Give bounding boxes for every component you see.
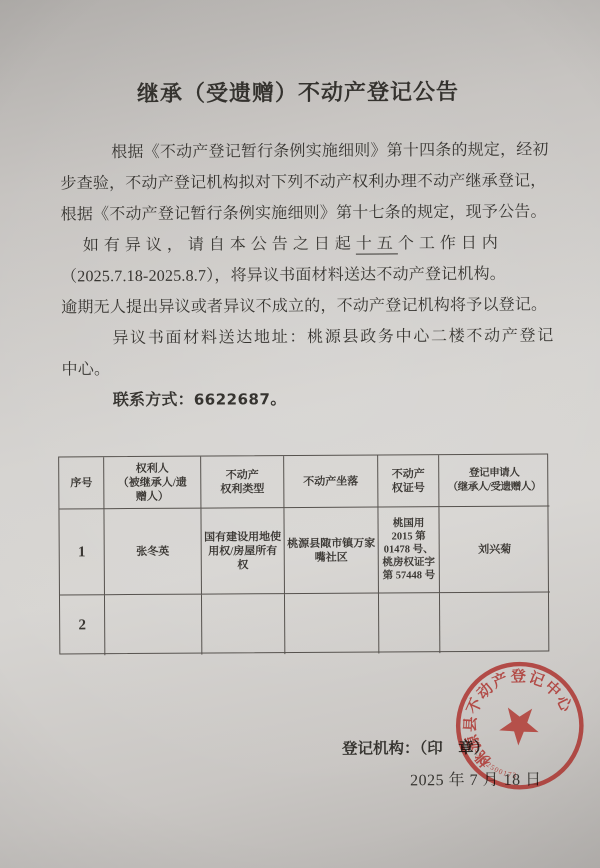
- seal-star-icon: [491, 697, 545, 750]
- body-line-5: （2025.7.18-2025.8.7），将异议书面材料送达不动产登记机构。: [61, 258, 547, 292]
- contact-phone-number: 6622687: [194, 390, 271, 408]
- table-row1-cert-no: 桃国用 2015 第 01478 号、 桃房权证字 第 57448 号: [378, 507, 440, 593]
- body-line-6: 逾期无人提出异议或者异议不成立的，不动产登记机构将予以登记。: [61, 289, 547, 323]
- page-title: 继承（受遗赠）不动产登记公告: [0, 74, 598, 109]
- document-page: 继承（受遗赠）不动产登记公告 根据《不动产登记暂行条例实施细则》第十四条的规定，…: [0, 0, 600, 868]
- table-header-owner: 权利人 （被继承人/遗 赠人）: [104, 457, 201, 510]
- body-line-2: 步查验，不动产登记机构拟对下列不动产权利办理不动产继承登记，: [60, 165, 546, 199]
- table-row2-owner: [105, 595, 202, 656]
- official-seal: 桃源县不动产登记中心 43072500173: [424, 630, 600, 821]
- deadline-text-pre: 如有异议，请自本公告之日起: [83, 236, 356, 255]
- body-line-8: 中心。: [62, 351, 548, 385]
- body-line-7: 异议书面材料送达地址：桃源县政务中心二楼不动产登记: [61, 320, 547, 354]
- table-row2-cert-no: [379, 593, 440, 653]
- contact-label: 联系方式：: [113, 392, 194, 409]
- table-header-seq: 序号: [59, 457, 104, 509]
- official-seal-graphic: 桃源县不动产登记中心 43072500173: [424, 630, 600, 821]
- table-header-cert-no: 不动产 权证号: [378, 455, 439, 507]
- body-line-1: 根据《不动产登记暂行条例实施细则》第十四条的规定，经初: [60, 134, 546, 168]
- table-header-location: 不动产坐落: [284, 456, 378, 509]
- table-row1-seq: 1: [59, 509, 105, 595]
- table-row1-owner: 张冬英: [104, 509, 202, 596]
- deadline-text-post: 个工作日内: [398, 235, 503, 253]
- table-row2-right-type: [202, 594, 285, 655]
- body-line-4: 如有异议，请自本公告之日起十五个工作日内: [61, 227, 547, 261]
- table-header-right-type: 不动产 权利类型: [201, 456, 284, 509]
- table-header-applicant: 登记申请人 （继承人/受遗赠人）: [439, 454, 549, 507]
- deadline-days-underlined: 十五: [356, 235, 398, 254]
- body-paragraphs: 根据《不动产登记暂行条例实施细则》第十四条的规定，经初 步查验，不动产登记机构拟…: [60, 134, 548, 416]
- table-row2-location: [285, 594, 379, 655]
- contact-line: 联系方式：6622687。: [62, 382, 548, 416]
- table-row2-seq: 2: [60, 595, 105, 655]
- photographed-document: 继承（受遗赠）不动产登记公告 根据《不动产登记暂行条例实施细则》第十四条的规定，…: [0, 0, 600, 868]
- registration-table: 序号 权利人 （被继承人/遗 赠人） 不动产 权利类型 不动产坐落 不动产 权证…: [58, 453, 549, 654]
- table-row1-applicant: 刘兴菊: [439, 506, 550, 593]
- body-line-3: 根据《不动产登记暂行条例实施细则》第十七条的规定，现予公告。: [61, 196, 547, 230]
- contact-period: 。: [270, 391, 286, 408]
- table-row1-location: 桃源县陬市镇万家 嘴社区: [284, 508, 379, 595]
- table-row1-right-type: 国有建设用地使 用权/房屋所有 权: [201, 508, 285, 595]
